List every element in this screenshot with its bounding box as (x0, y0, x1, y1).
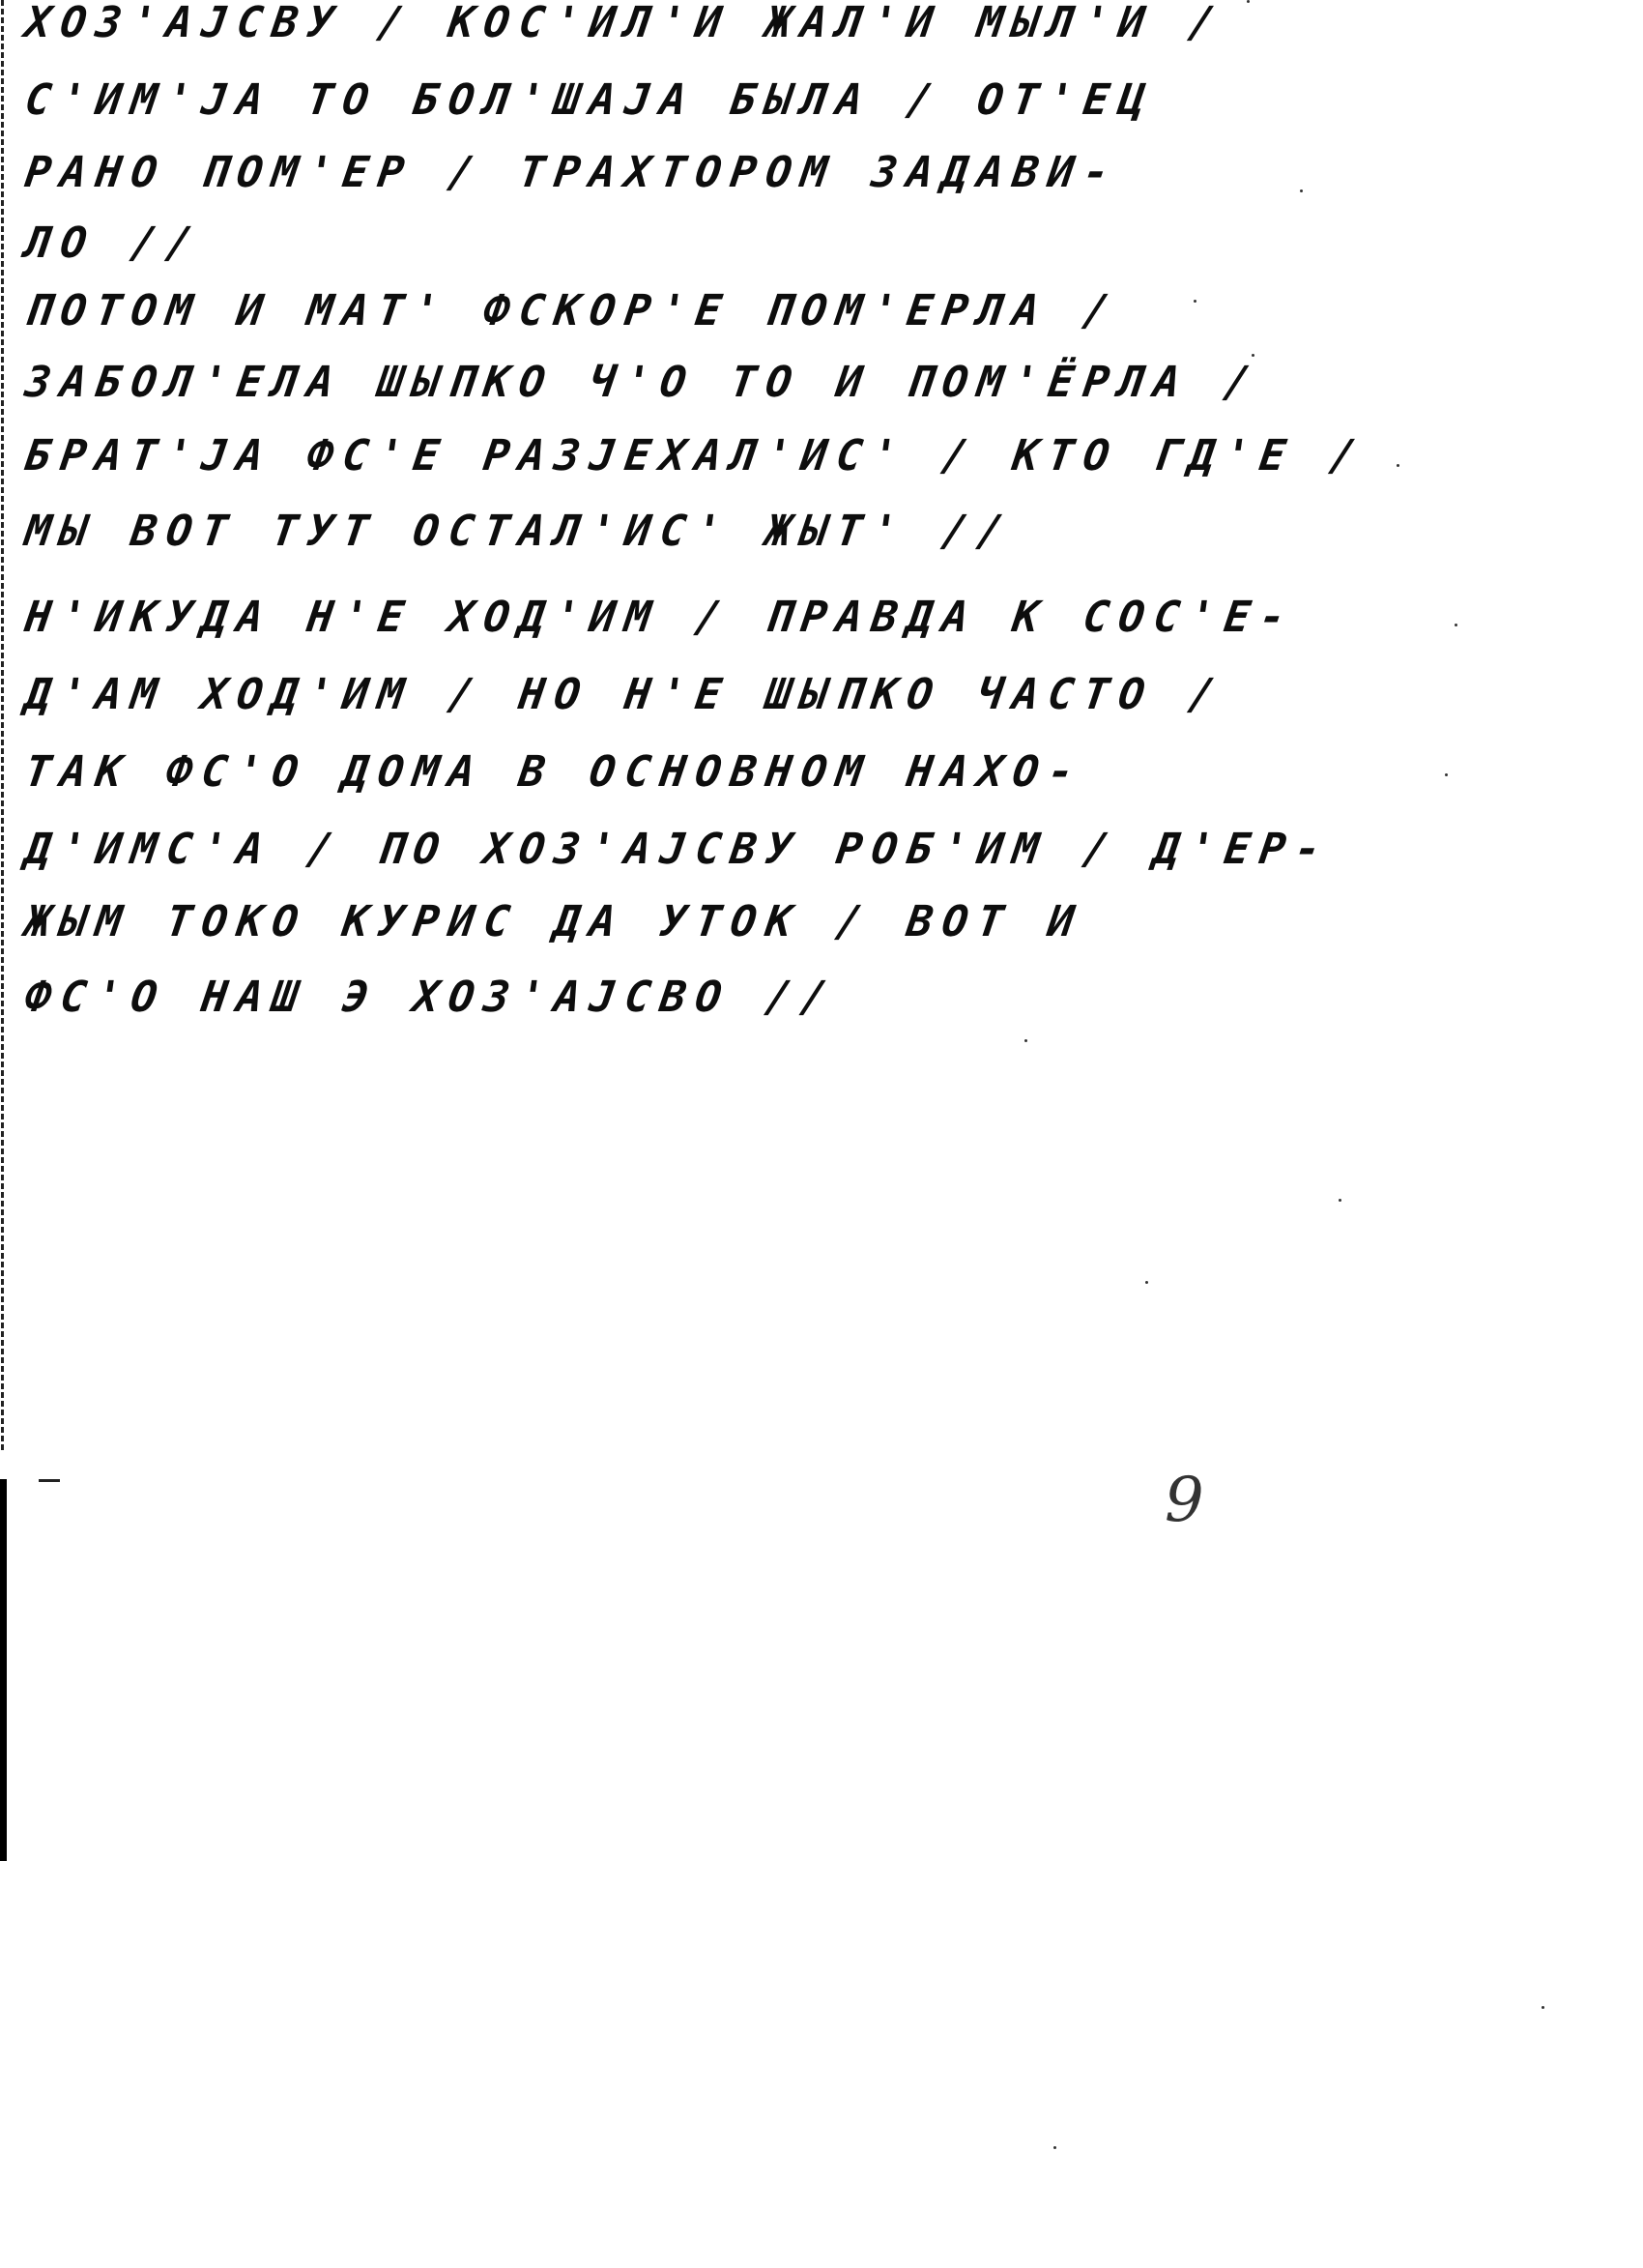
text-line: так фс'о дома в основном нахо- (21, 743, 1087, 801)
text-line: потом и мат' фскор'е пом'ерла / (21, 282, 1123, 340)
text-line: н'икуда н'е ход'им / правда к сос'е- (21, 589, 1299, 647)
scan-speck (1194, 300, 1196, 303)
scan-speck (1252, 354, 1254, 357)
left-margin-solid-bar (0, 1479, 7, 1861)
text-line: д'ам ход'им / но н'е шыпко часто / (21, 666, 1228, 724)
text-line: забол'ела шыпко ч'о то и пом'ёрла / (21, 354, 1264, 412)
text-line: ло // (21, 215, 206, 273)
text-line: мы вот тут остал'ис' жыт' // (21, 503, 1017, 561)
scanned-page: хоз'ајсву / кос'ил'и жал'и мыл'и / с'им'… (0, 0, 1643, 2268)
scan-speck (1024, 1039, 1027, 1042)
scan-speck (1542, 2006, 1544, 2009)
text-line: с'им'ја то бол'шаја была / от'ец (21, 72, 1158, 130)
page-number: 9 (1165, 1465, 1204, 1536)
text-line: брат'ја фс'е разјехал'ис' / кто гд'е / (21, 427, 1369, 485)
scan-speck (1145, 1281, 1148, 1284)
text-line: рано пом'ер / трахтором задави- (21, 144, 1123, 202)
scan-speck (1339, 1199, 1341, 1202)
margin-dash-mark (39, 1479, 60, 1482)
text-line: д'имс'а / по хоз'ајсву роб'им / д'ер- (21, 821, 1335, 879)
scan-speck (1300, 189, 1303, 192)
scan-speck (1455, 624, 1457, 626)
scan-speck (1397, 464, 1399, 467)
text-line: фс'о наш э хоз'ајсво // (21, 969, 841, 1027)
scan-speck (1053, 2146, 1056, 2149)
scan-speck (1247, 0, 1250, 3)
scan-speck (1445, 773, 1448, 776)
left-margin-dashed-line (1, 0, 4, 1450)
text-line: жым токо курис да уток / вот и (21, 893, 1087, 951)
text-line: хоз'ајсву / кос'ил'и жал'и мыл'и / (21, 0, 1228, 52)
